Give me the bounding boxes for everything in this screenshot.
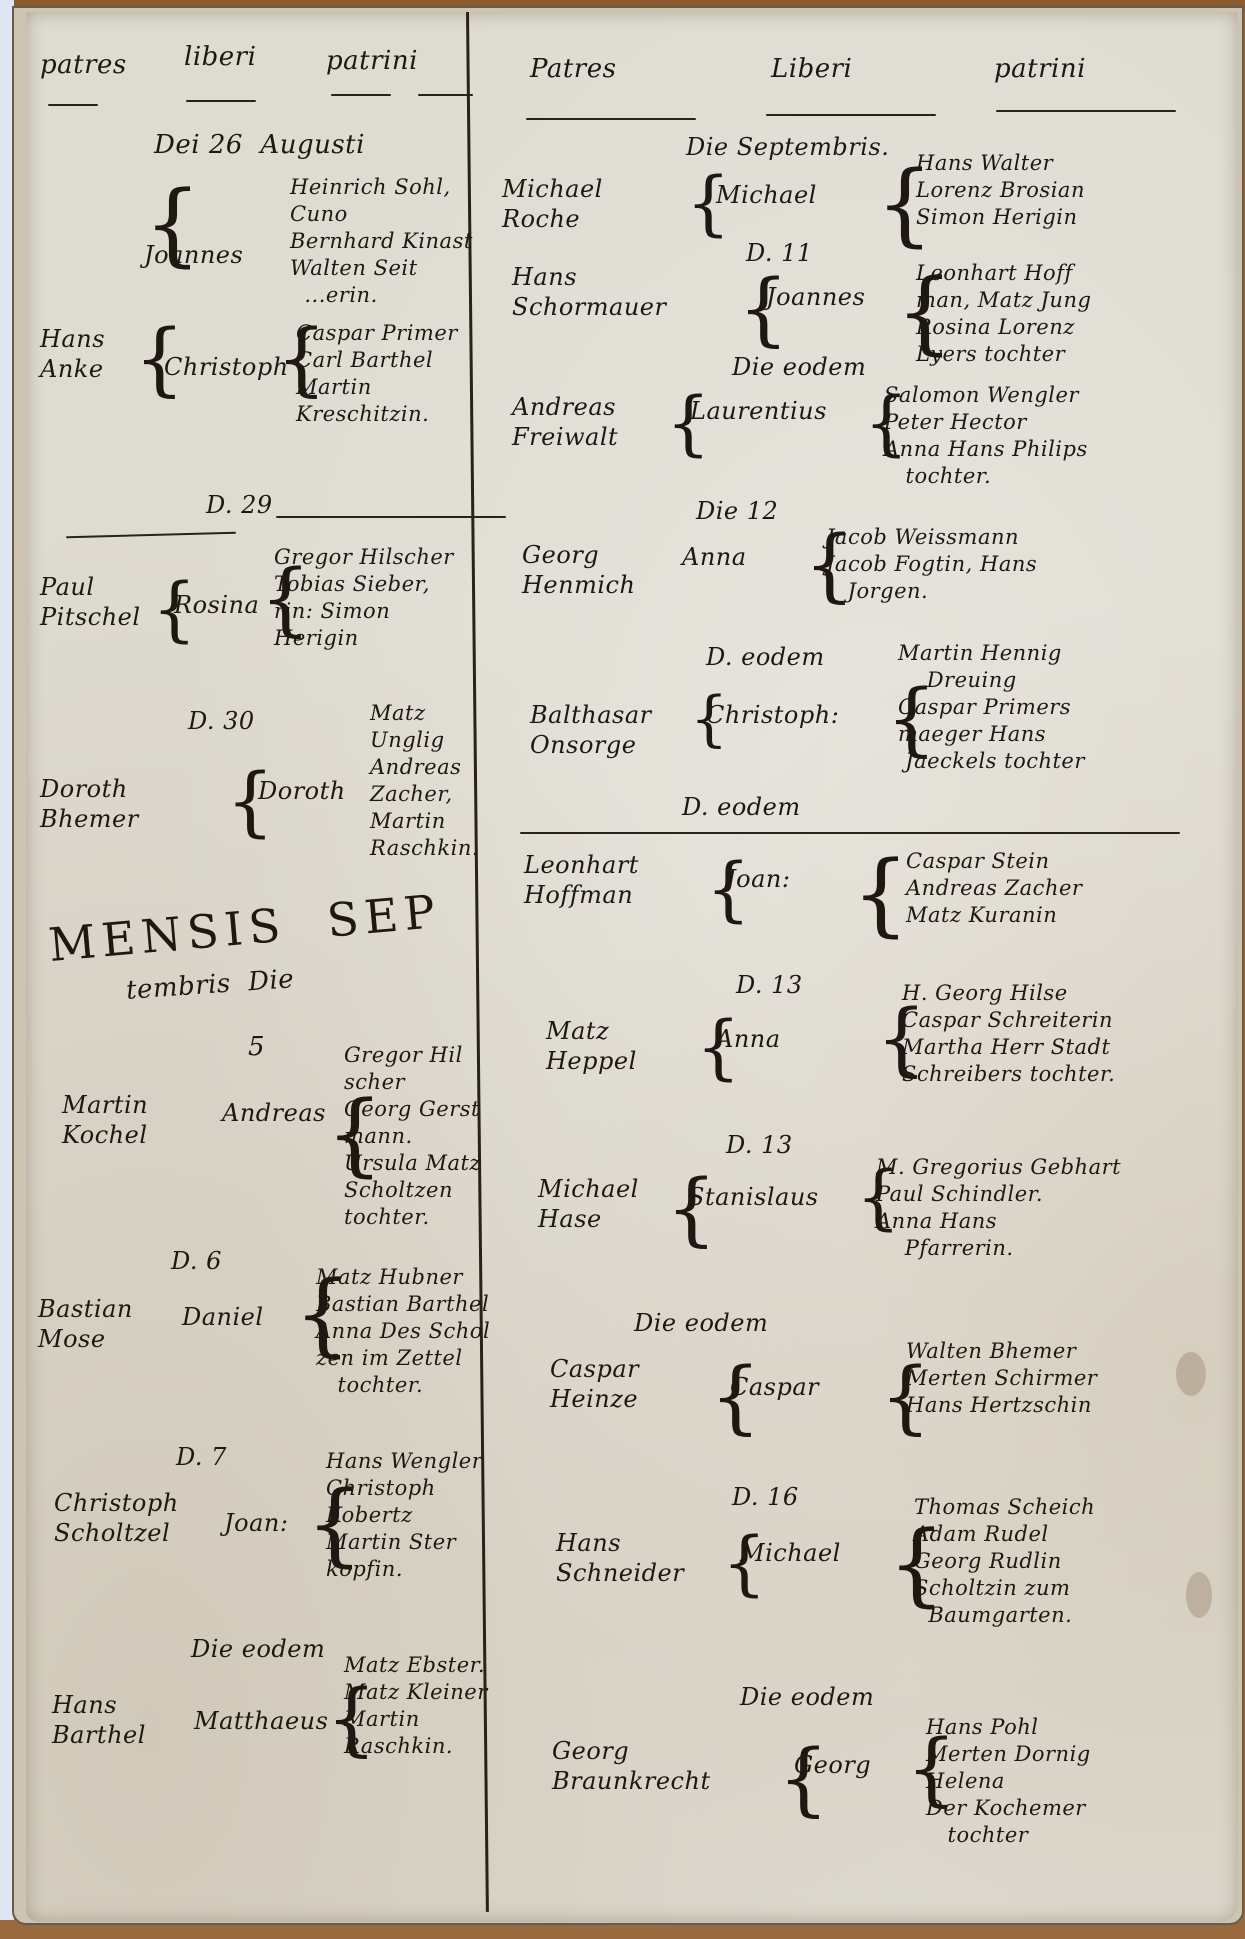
section-rule bbox=[520, 832, 1180, 834]
brace-icon: { bbox=[226, 756, 274, 845]
godparents: Matz Unglig Andreas Zacher, Martin Rasch… bbox=[370, 700, 479, 862]
header-underline bbox=[766, 114, 936, 116]
brace-icon: { bbox=[306, 1472, 363, 1577]
brace-icon: { bbox=[722, 1522, 767, 1604]
child-name: Michael bbox=[716, 180, 817, 210]
godparents: Jacob Weissmann Jacob Fogtin, Hans Jorge… bbox=[826, 524, 1037, 605]
entry-date: Die eodem bbox=[191, 1634, 325, 1664]
parent-name: Martin Kochel bbox=[62, 1090, 148, 1150]
parent-name: Georg Henmich bbox=[522, 540, 635, 600]
child-name: Daniel bbox=[182, 1302, 264, 1332]
brace-icon: { bbox=[690, 684, 728, 754]
parent-name: Paul Pitschel bbox=[40, 572, 141, 632]
header-parents: Patres bbox=[530, 54, 616, 84]
header-underline bbox=[331, 94, 391, 96]
entry-date: D. 13 bbox=[726, 1130, 793, 1160]
brace-icon: { bbox=[804, 518, 855, 611]
entry-date: D. 13 bbox=[736, 970, 803, 1000]
entry-date: D. 16 bbox=[732, 1482, 799, 1512]
brace-icon: { bbox=[686, 162, 731, 244]
header-children: liberi bbox=[184, 42, 256, 72]
brace-icon: { bbox=[886, 672, 937, 765]
brace-icon: { bbox=[294, 1262, 351, 1367]
godparents: Hans Walter Lorenz Brosian Simon Herigin bbox=[916, 150, 1085, 231]
header-godparents: patrini bbox=[994, 54, 1086, 84]
brace-icon: { bbox=[710, 1350, 761, 1443]
brace-icon: { bbox=[888, 1512, 945, 1617]
godparents: Salomon Wengler Peter Hector Anna Hans P… bbox=[884, 382, 1088, 490]
parent-name: Hans Anke bbox=[40, 324, 105, 384]
parent-name: Michael Roche bbox=[502, 174, 603, 234]
brace-icon: { bbox=[876, 152, 933, 257]
child-name: Matthaeus bbox=[194, 1706, 328, 1736]
parent-name: Leonhart Hoffman bbox=[524, 850, 639, 910]
header-underline bbox=[418, 94, 473, 96]
brace-icon: { bbox=[326, 1082, 383, 1187]
brace-icon: { bbox=[778, 1732, 829, 1825]
header-children: Liberi bbox=[771, 54, 852, 84]
godparents: Caspar Stein Andreas Zacher Matz Kuranin bbox=[906, 848, 1082, 929]
section-rule bbox=[66, 532, 236, 538]
entry-date: D. 6 bbox=[171, 1246, 222, 1276]
entry-date: Die eodem bbox=[634, 1308, 768, 1338]
child-name: Anna bbox=[682, 542, 747, 572]
parent-name: Caspar Heinze bbox=[550, 1354, 639, 1414]
entry-date: Die Septembris. bbox=[686, 132, 889, 162]
parent-name: Doroth Bhemer bbox=[40, 774, 139, 834]
entry-date: D. 7 bbox=[176, 1442, 227, 1472]
brace-icon: { bbox=[152, 568, 197, 650]
entry-date: D. 30 bbox=[188, 706, 255, 736]
parent-name: Georg Braunkrecht bbox=[552, 1736, 711, 1796]
parent-name: Balthasar Onsorge bbox=[530, 700, 652, 760]
brace-icon: { bbox=[696, 1006, 741, 1088]
entry-date: Dei 26 Augusti bbox=[154, 130, 365, 160]
brace-icon: { bbox=[738, 262, 789, 355]
brace-icon: { bbox=[666, 1162, 717, 1255]
header-underline bbox=[186, 100, 256, 102]
parent-name: Andreas Freiwalt bbox=[512, 392, 618, 452]
entry-date: D. eodem bbox=[682, 792, 801, 822]
entry-date: D. eodem bbox=[706, 642, 825, 672]
header-underline bbox=[526, 118, 696, 120]
godparents: H. Georg Hilse Caspar Schreiterin Martha… bbox=[902, 980, 1115, 1088]
section-rule bbox=[276, 516, 506, 518]
brace-icon: { bbox=[260, 552, 311, 645]
month-heading-cont: tembris Die bbox=[125, 964, 295, 1006]
brace-icon: { bbox=[326, 1672, 377, 1765]
brace-icon: { bbox=[852, 842, 909, 947]
parent-name: Bastian Mose bbox=[38, 1294, 133, 1354]
brace-icon: { bbox=[666, 382, 711, 464]
parent-name: Hans Barthel bbox=[52, 1690, 146, 1750]
entry-date: 5 bbox=[248, 1032, 265, 1062]
header-underline bbox=[996, 110, 1176, 112]
month-heading: MENSIS SEP bbox=[46, 883, 443, 973]
parent-name: Hans Schneider bbox=[556, 1528, 684, 1588]
parent-name: Hans Schormauer bbox=[512, 262, 666, 322]
brace-icon: { bbox=[906, 1722, 957, 1815]
header-parents: patres bbox=[40, 50, 127, 80]
child-name: Andreas bbox=[222, 1098, 326, 1128]
godparents: Walten Bhemer Merten Schirmer Hans Hertz… bbox=[906, 1338, 1097, 1419]
brace-icon: { bbox=[856, 1156, 901, 1238]
ink-stain bbox=[1176, 1352, 1206, 1396]
brace-icon: { bbox=[864, 382, 909, 464]
godparents: Heinrich Sohl, Cuno Bernhard Kinast Walt… bbox=[290, 174, 473, 309]
header-underline bbox=[48, 104, 98, 106]
godparents: M. Gregorius Gebhart Paul Schindler. Ann… bbox=[876, 1154, 1121, 1262]
brace-icon: { bbox=[706, 848, 751, 930]
entry-date: Die 12 bbox=[696, 496, 778, 526]
brace-icon: { bbox=[876, 992, 927, 1085]
brace-icon: { bbox=[144, 172, 201, 277]
parent-name: Matz Heppel bbox=[546, 1016, 637, 1076]
brace-icon: { bbox=[880, 1350, 931, 1443]
header-godparents: patrini bbox=[326, 46, 418, 76]
parent-name: Christoph Scholtzel bbox=[54, 1488, 179, 1548]
ink-stain bbox=[1186, 1572, 1212, 1618]
manuscript-page: patres liberi patrini Dei 26 Augusti Joa… bbox=[26, 12, 1238, 1922]
brace-icon: { bbox=[134, 312, 185, 405]
entry-date: Die eodem bbox=[732, 352, 866, 382]
brace-icon: { bbox=[896, 260, 953, 365]
parent-name: Michael Hase bbox=[538, 1174, 639, 1234]
entry-date: Die eodem bbox=[740, 1682, 874, 1712]
brace-icon: { bbox=[276, 312, 327, 405]
entry-date: D. 29 bbox=[206, 490, 273, 520]
child-name: Joan: bbox=[224, 1508, 288, 1538]
